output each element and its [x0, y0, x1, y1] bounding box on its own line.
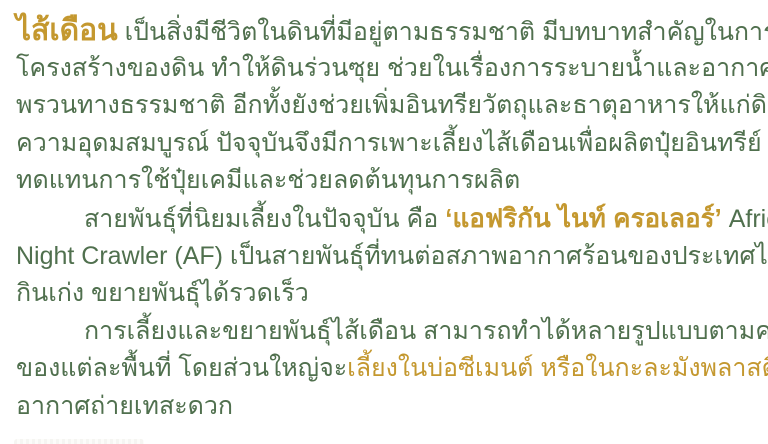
text-segment: ทดแทนการใช้ปุ๋ยเคมีและช่วยลดต้นทุนการผลิ…	[16, 166, 520, 194]
highlighted-text-segment: ไส้เดือน	[16, 14, 118, 47]
paragraph-line: โครงสร้างของดิน ทำให้ดินร่วนซุย ช่วยในเร…	[16, 50, 756, 88]
text-segment: เป็นสิ่งมีชีวิตในดินที่มีอยู่ตามธรรมชาติ…	[118, 18, 768, 46]
text-segment: การเลี้ยงและขยายพันธุ์ไส้เดือน สามารถทำไ…	[84, 317, 768, 345]
paragraph-line: อากาศถ่ายเทสะดวก	[16, 388, 756, 426]
highlighted-text-segment: เลี้ยงในบ่อซีเมนต์ หรือในกะละมังพลาสติก	[347, 354, 768, 382]
paragraph-line: ไส้เดือน เป็นสิ่งมีชีวิตในดินที่มีอยู่ตา…	[16, 12, 756, 50]
paragraph-line: กินเก่ง ขยายพันธุ์ได้รวดเร็ว	[16, 275, 756, 313]
highlighted-text-segment: ‘แอฟริกัน ไนท์ ครอเลอร์’	[445, 203, 722, 233]
paragraph-line: ของแต่ละพื้นที่ โดยส่วนใหญ่จะเลี้ยงในบ่อ…	[16, 350, 756, 388]
text-segment: สายพันธุ์ที่นิยมเลี้ยงในปัจจุบัน คือ	[84, 205, 445, 233]
text-segment: อากาศถ่ายเทสะดวก	[16, 392, 233, 420]
text-segment: โครงสร้างของดิน ทำให้ดินร่วนซุย ช่วยในเร…	[16, 54, 768, 82]
text-segment: African	[722, 205, 768, 233]
text-segment: Night Crawler (AF) เป็นสายพันธุ์ที่ทนต่อ…	[16, 242, 768, 270]
paragraph-line: พรวนทางธรรมชาติ อีกทั้งยังช่วยเพิ่มอินทร…	[16, 87, 756, 125]
text-segment: กินเก่ง ขยายพันธุ์ได้รวดเร็ว	[16, 279, 309, 307]
text-segment: พรวนทางธรรมชาติ อีกทั้งยังช่วยเพิ่มอินทร…	[16, 91, 768, 119]
text-segment: ความอุดมสมบูรณ์ ปัจจุบันจึงมีการเพาะเลี้…	[16, 129, 768, 157]
paragraph-line: สายพันธุ์ที่นิยมเลี้ยงในปัจจุบัน คือ ‘แอ…	[16, 200, 756, 238]
paragraph-line: Night Crawler (AF) เป็นสายพันธุ์ที่ทนต่อ…	[16, 238, 756, 276]
paragraph-line: ความอุดมสมบูรณ์ ปัจจุบันจึงมีการเพาะเลี้…	[16, 125, 756, 163]
cutoff-image-top-edge	[14, 439, 144, 444]
text-segment: ของแต่ละพื้นที่ โดยส่วนใหญ่จะ	[16, 354, 347, 382]
paragraph-line: การเลี้ยงและขยายพันธุ์ไส้เดือน สามารถทำไ…	[16, 313, 756, 351]
earthworm-article-text: ไส้เดือน เป็นสิ่งมีชีวิตในดินที่มีอยู่ตา…	[16, 12, 756, 426]
paragraph-line: ทดแทนการใช้ปุ๋ยเคมีและช่วยลดต้นทุนการผลิ…	[16, 162, 756, 200]
